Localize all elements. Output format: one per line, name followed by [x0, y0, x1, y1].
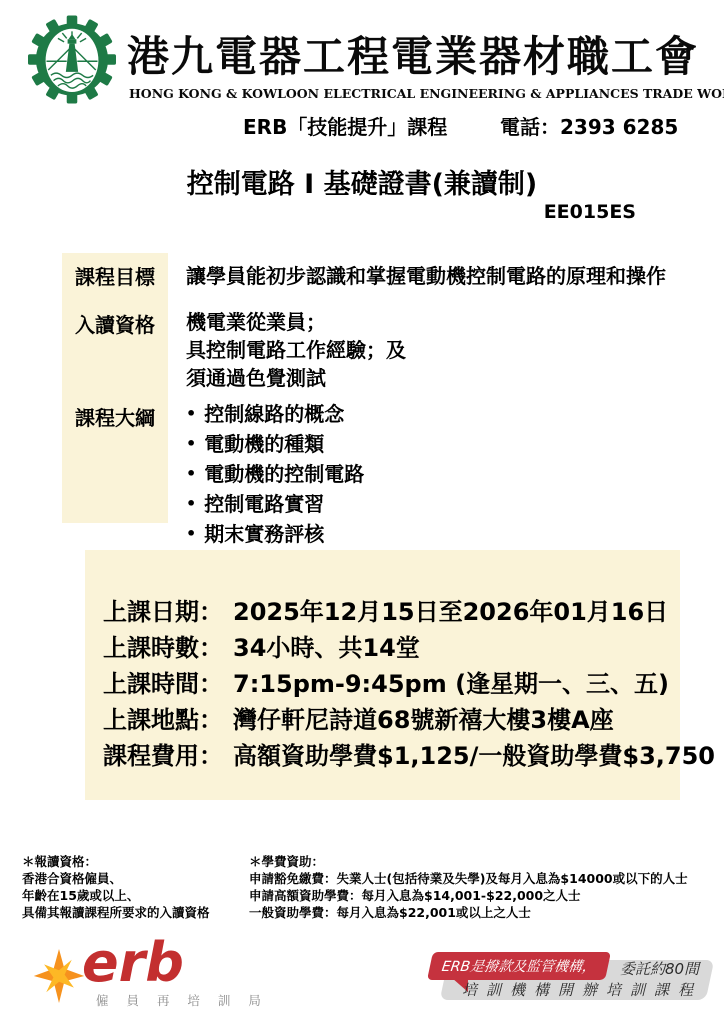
badge-line2-text: 培訓機構開辦培訓課程	[462, 979, 702, 1000]
course-code: EE015ES	[544, 201, 636, 223]
footnote-line: 申請高額資助學費：每月入息為$14,001-$22,000之人士	[249, 887, 688, 904]
schedule-label: 上課日期：	[103, 594, 223, 630]
org-name-zh: 港九電器工程電業器材職工會	[127, 24, 712, 84]
schedule-value: 灣仔軒尼詩道68號新禧大樓3樓A座	[233, 702, 614, 738]
flyer-page: 港九電器工程電業器材職工會 HONG KONG & KOWLOON ELECTR…	[0, 0, 724, 1024]
outline-item-text: 期末實務評核	[204, 522, 324, 546]
bullet-icon: •	[186, 524, 196, 543]
phone-number: 電話：2393 6285	[500, 111, 678, 140]
admission-requirements: 機電業從業員； 具控制電路工作經驗；及 須通過色覺測試	[186, 308, 406, 392]
schedule-value: 34小時、共14堂	[233, 630, 420, 666]
outline-item-text: 電動機的種類	[204, 432, 324, 456]
footnote-line: 具備其報讀課程所要求的入讀資格	[22, 904, 210, 921]
admission-label: 入讀資格	[62, 309, 168, 338]
schedule-row: 上課時間：7:15pm-9:45pm (逢星期一、三、五)	[103, 666, 680, 702]
subsidy-footnote: ＊學費資助： 申請豁免繳費：失業人士(包括待業及失學)及每月入息為$14000或…	[249, 853, 688, 921]
outline-item: •電動機的種類	[186, 429, 364, 459]
schedule-row: 上課日期：2025年12月15日至2026年01月16日	[103, 594, 680, 630]
objective-text: 讓學員能初步認識和掌握電動機控制電路的原理和操作	[186, 260, 716, 289]
outline-item-text: 電動機的控制電路	[204, 462, 364, 486]
gear-lighthouse-icon	[28, 13, 116, 106]
outline-item-text: 控制線路的概念	[204, 402, 344, 426]
schedule-value: 2025年12月15日至2026年01月16日	[233, 594, 668, 630]
starburst-icon	[32, 946, 86, 1006]
bullet-icon: •	[186, 464, 196, 483]
schedule-row: 上課時數：34小時、共14堂	[103, 630, 680, 666]
badge-line1-gray-text: 委託約80間	[620, 958, 699, 979]
erb-logo-text: erb	[82, 936, 184, 990]
eligibility-footnote: ＊報讀資格： 香港合資格僱員、 年齡在15歲或以上、 具備其報讀課程所要求的入讀…	[22, 853, 210, 921]
footnote-heading: ＊報讀資格：	[22, 853, 210, 870]
footnote-line: 香港合資格僱員、	[22, 870, 210, 887]
schedule-row: 課程費用：高額資助學費$1,125/一般資助學費$3,750	[103, 738, 680, 774]
schedule-label: 上課地點：	[103, 702, 223, 738]
course-outline-list: •控制線路的概念 •電動機的種類 •電動機的控制電路 •控制電路實習 •期末實務…	[186, 399, 364, 549]
objective-label: 課程目標	[62, 261, 168, 290]
outline-label: 課程大綱	[62, 402, 168, 431]
schedule-label: 上課時數：	[103, 630, 223, 666]
schedule-value: 7:15pm-9:45pm (逢星期一、三、五)	[233, 666, 669, 702]
schedule-label: 上課時間：	[103, 666, 223, 702]
footnote-line: 申請豁免繳費：失業人士(包括待業及失學)及每月入息為$14000或以下的人士	[249, 870, 688, 887]
outline-item: •期末實務評核	[186, 519, 364, 549]
outline-item-text: 控制電路實習	[204, 492, 324, 516]
outline-item: •電動機的控制電路	[186, 459, 364, 489]
info-label-column: 課程目標 入讀資格 課程大綱	[62, 253, 168, 523]
outline-item: •控制電路實習	[186, 489, 364, 519]
erb-program-label: ERB「技能提升」課程	[243, 111, 447, 140]
bullet-icon: •	[186, 494, 196, 513]
admission-line: 機電業從業員；	[186, 308, 406, 336]
admission-line: 具控制電路工作經驗；及	[186, 336, 406, 364]
erb-role-badge: ERB是撥款及監管機構， 委託約80間 培訓機構開辦培訓課程	[430, 952, 720, 1006]
bullet-icon: •	[186, 434, 196, 453]
footnote-line: 年齡在15歲或以上、	[22, 887, 210, 904]
schedule-row: 上課地點：灣仔軒尼詩道68號新禧大樓3樓A座	[103, 702, 680, 738]
schedule-label: 課程費用：	[103, 738, 223, 774]
footnote-heading: ＊學費資助：	[249, 853, 688, 870]
course-title: 控制電路 I 基礎證書(兼讀制)	[0, 162, 724, 201]
schedule-box: 上課日期：2025年12月15日至2026年01月16日 上課時數：34小時、共…	[85, 550, 680, 800]
badge-line1-red-text: ERB是撥款及監管機構，	[440, 956, 597, 976]
org-name-en: HONG KONG & KOWLOON ELECTRICAL ENGINEERI…	[129, 86, 719, 101]
footnote-line: 一般資助學費：每月入息為$22,001或以上之人士	[249, 904, 688, 921]
badge-red-ribbon: ERB是撥款及監管機構，	[427, 952, 611, 980]
bullet-icon: •	[186, 404, 196, 423]
admission-line: 須通過色覺測試	[186, 364, 406, 392]
outline-item: •控制線路的概念	[186, 399, 364, 429]
schedule-value: 高額資助學費$1,125/一般資助學費$3,750	[233, 738, 715, 774]
erb-logo-subtext: 僱 員 再 培 訓 局	[96, 991, 268, 1009]
